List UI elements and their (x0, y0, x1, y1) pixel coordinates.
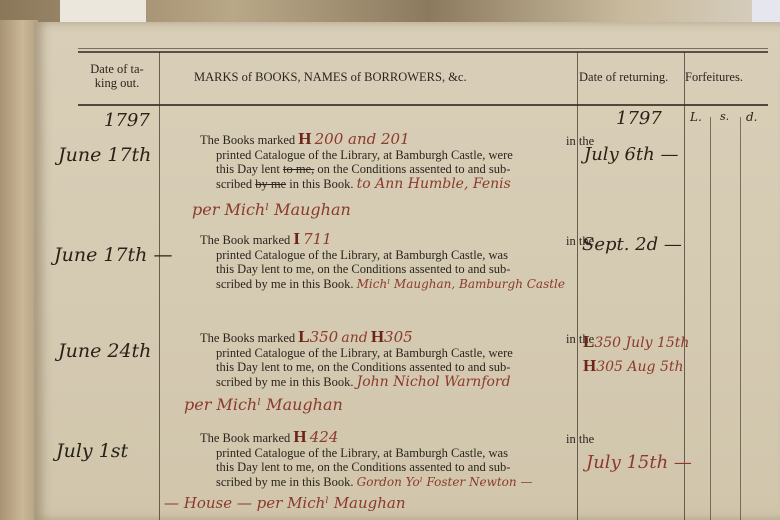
entry-2-mark-letter: I (293, 229, 300, 248)
entry-1-borrower: to Ann Humble, Fenis (357, 176, 511, 192)
entry-3-intro: The Books marked (200, 331, 295, 345)
entry-1-mark-letter: H (298, 129, 311, 148)
currency-pence: d. (746, 110, 758, 124)
top-rule-thick (78, 51, 768, 53)
entry-4-line4: scribed by me in this Book. (216, 475, 354, 489)
entry-4-in-the: in the (566, 432, 594, 447)
entry-1-intro: The Books marked (200, 133, 295, 147)
entry-1-line3a: this Day lent (216, 162, 280, 176)
entry-3-ret2-mark: H (583, 356, 596, 375)
entry-4-borrower: Gordon Yoˡ Foster Newton — (357, 475, 533, 489)
entry-3-ret1-text: 350 July 15th (594, 335, 689, 351)
entry-2-line4: scribed by me in this Book. (216, 277, 354, 291)
entry-1-line4b: in this Book. (289, 177, 353, 191)
entry-4-line3: this Day lent to me, on the Conditions a… (200, 460, 610, 475)
entry-3-ret2-text: 305 Aug 5th (596, 359, 683, 375)
entry-3-and: and (341, 330, 367, 346)
currency-pounds: L. (690, 110, 702, 124)
currency-shillings: s. (720, 110, 729, 123)
entry-3-line3: this Day lent to me, on the Conditions a… (200, 360, 610, 375)
col-rule-return (684, 52, 685, 520)
entry-4-mark-numbers: 424 (310, 428, 339, 446)
entry-1-line4-struck: by me (255, 177, 286, 191)
entry-4-intro: The Book marked (200, 431, 290, 445)
entry-1-line3b: on the Conditions assented to and sub- (317, 162, 510, 176)
entry-1-line3-struck: to me, (283, 162, 314, 176)
entry-1-line2: printed Catalogue of the Library, at Bam… (200, 148, 610, 163)
entry-1-per: per Michˡ Maughan (192, 200, 351, 219)
entry-3-per: per Michˡ Maughan (184, 395, 343, 414)
entry-3-ret1-mark: L (583, 332, 594, 351)
entry-2-line2: printed Catalogue of the Library, at Bam… (200, 248, 610, 263)
entry-4-per: — House — per Michˡ Maughan (164, 494, 406, 512)
entry-3-mark-letter-1: L (298, 327, 309, 346)
col-rule-shillings (710, 117, 711, 520)
top-rule-thin (78, 48, 768, 49)
entry-1-date-out: June 17th (58, 144, 151, 166)
paper-tab (60, 0, 146, 22)
entry-3-line2: printed Catalogue of the Library, at Bam… (200, 346, 610, 361)
entry-4-line2: printed Catalogue of the Library, at Bam… (200, 446, 610, 461)
entry-2-mark-numbers: 711 (303, 230, 332, 248)
entry-4: The Book marked H 424 in the printed Cat… (200, 430, 610, 489)
year-return: 1797 (616, 108, 662, 129)
entry-2-borrower: Michˡ Maughan, Bamburgh Castle (357, 277, 565, 291)
left-page-edges (0, 20, 38, 520)
header-bottom-rule (78, 104, 768, 106)
entry-3-returned-1: L350 July 15th (583, 332, 689, 352)
entry-1-line4a: scribed (216, 177, 252, 191)
entry-1: The Books marked H 200 and 201 in the pr… (200, 132, 610, 191)
entry-4-returned: July 15th — (586, 452, 692, 473)
header-marks: MARKS of BOOKS, NAMES of BORROWERS, &c. (194, 70, 554, 84)
entry-3-returned-2: H305 Aug 5th (583, 356, 684, 376)
entry-3-borrower: John Nichol Warnford (357, 374, 511, 390)
entry-2-line3: this Day lent to me, on the Conditions a… (200, 262, 610, 277)
header-forfeitures: Forfeitures. (685, 70, 743, 84)
entry-2-date-out: June 17th — (54, 244, 172, 266)
entry-3-mark-letter-2: H (371, 327, 384, 346)
entry-1-mark-numbers: 200 and 201 (315, 130, 410, 148)
ledger-page: Date of ta- king out. MARKS of BOOKS, NA… (34, 22, 780, 520)
entry-3-line4: scribed by me in this Book. (216, 375, 354, 389)
entry-4-date-out: July 1st (56, 440, 128, 462)
year-out: 1797 (104, 110, 150, 131)
entry-3: The Books marked L350 and H305 in the pr… (200, 330, 610, 389)
entry-3-mark-numbers-1: 350 (310, 328, 339, 346)
entry-2-intro: The Book marked (200, 233, 290, 247)
entry-2: The Book marked I 711 in the printed Cat… (200, 232, 610, 291)
entry-4-mark-letter: H (293, 427, 306, 446)
col-rule-pence (740, 117, 741, 520)
header-date-out: Date of ta- king out. (82, 62, 152, 90)
entry-2-returned: Sept. 2d — (582, 234, 682, 255)
entry-3-mark-numbers-2: 305 (384, 328, 413, 346)
col-rule-date (159, 52, 160, 520)
header-date-return: Date of returning. (579, 70, 668, 84)
entry-3-date-out: June 24th (58, 340, 151, 362)
entry-1-returned: July 6th — (584, 144, 678, 165)
